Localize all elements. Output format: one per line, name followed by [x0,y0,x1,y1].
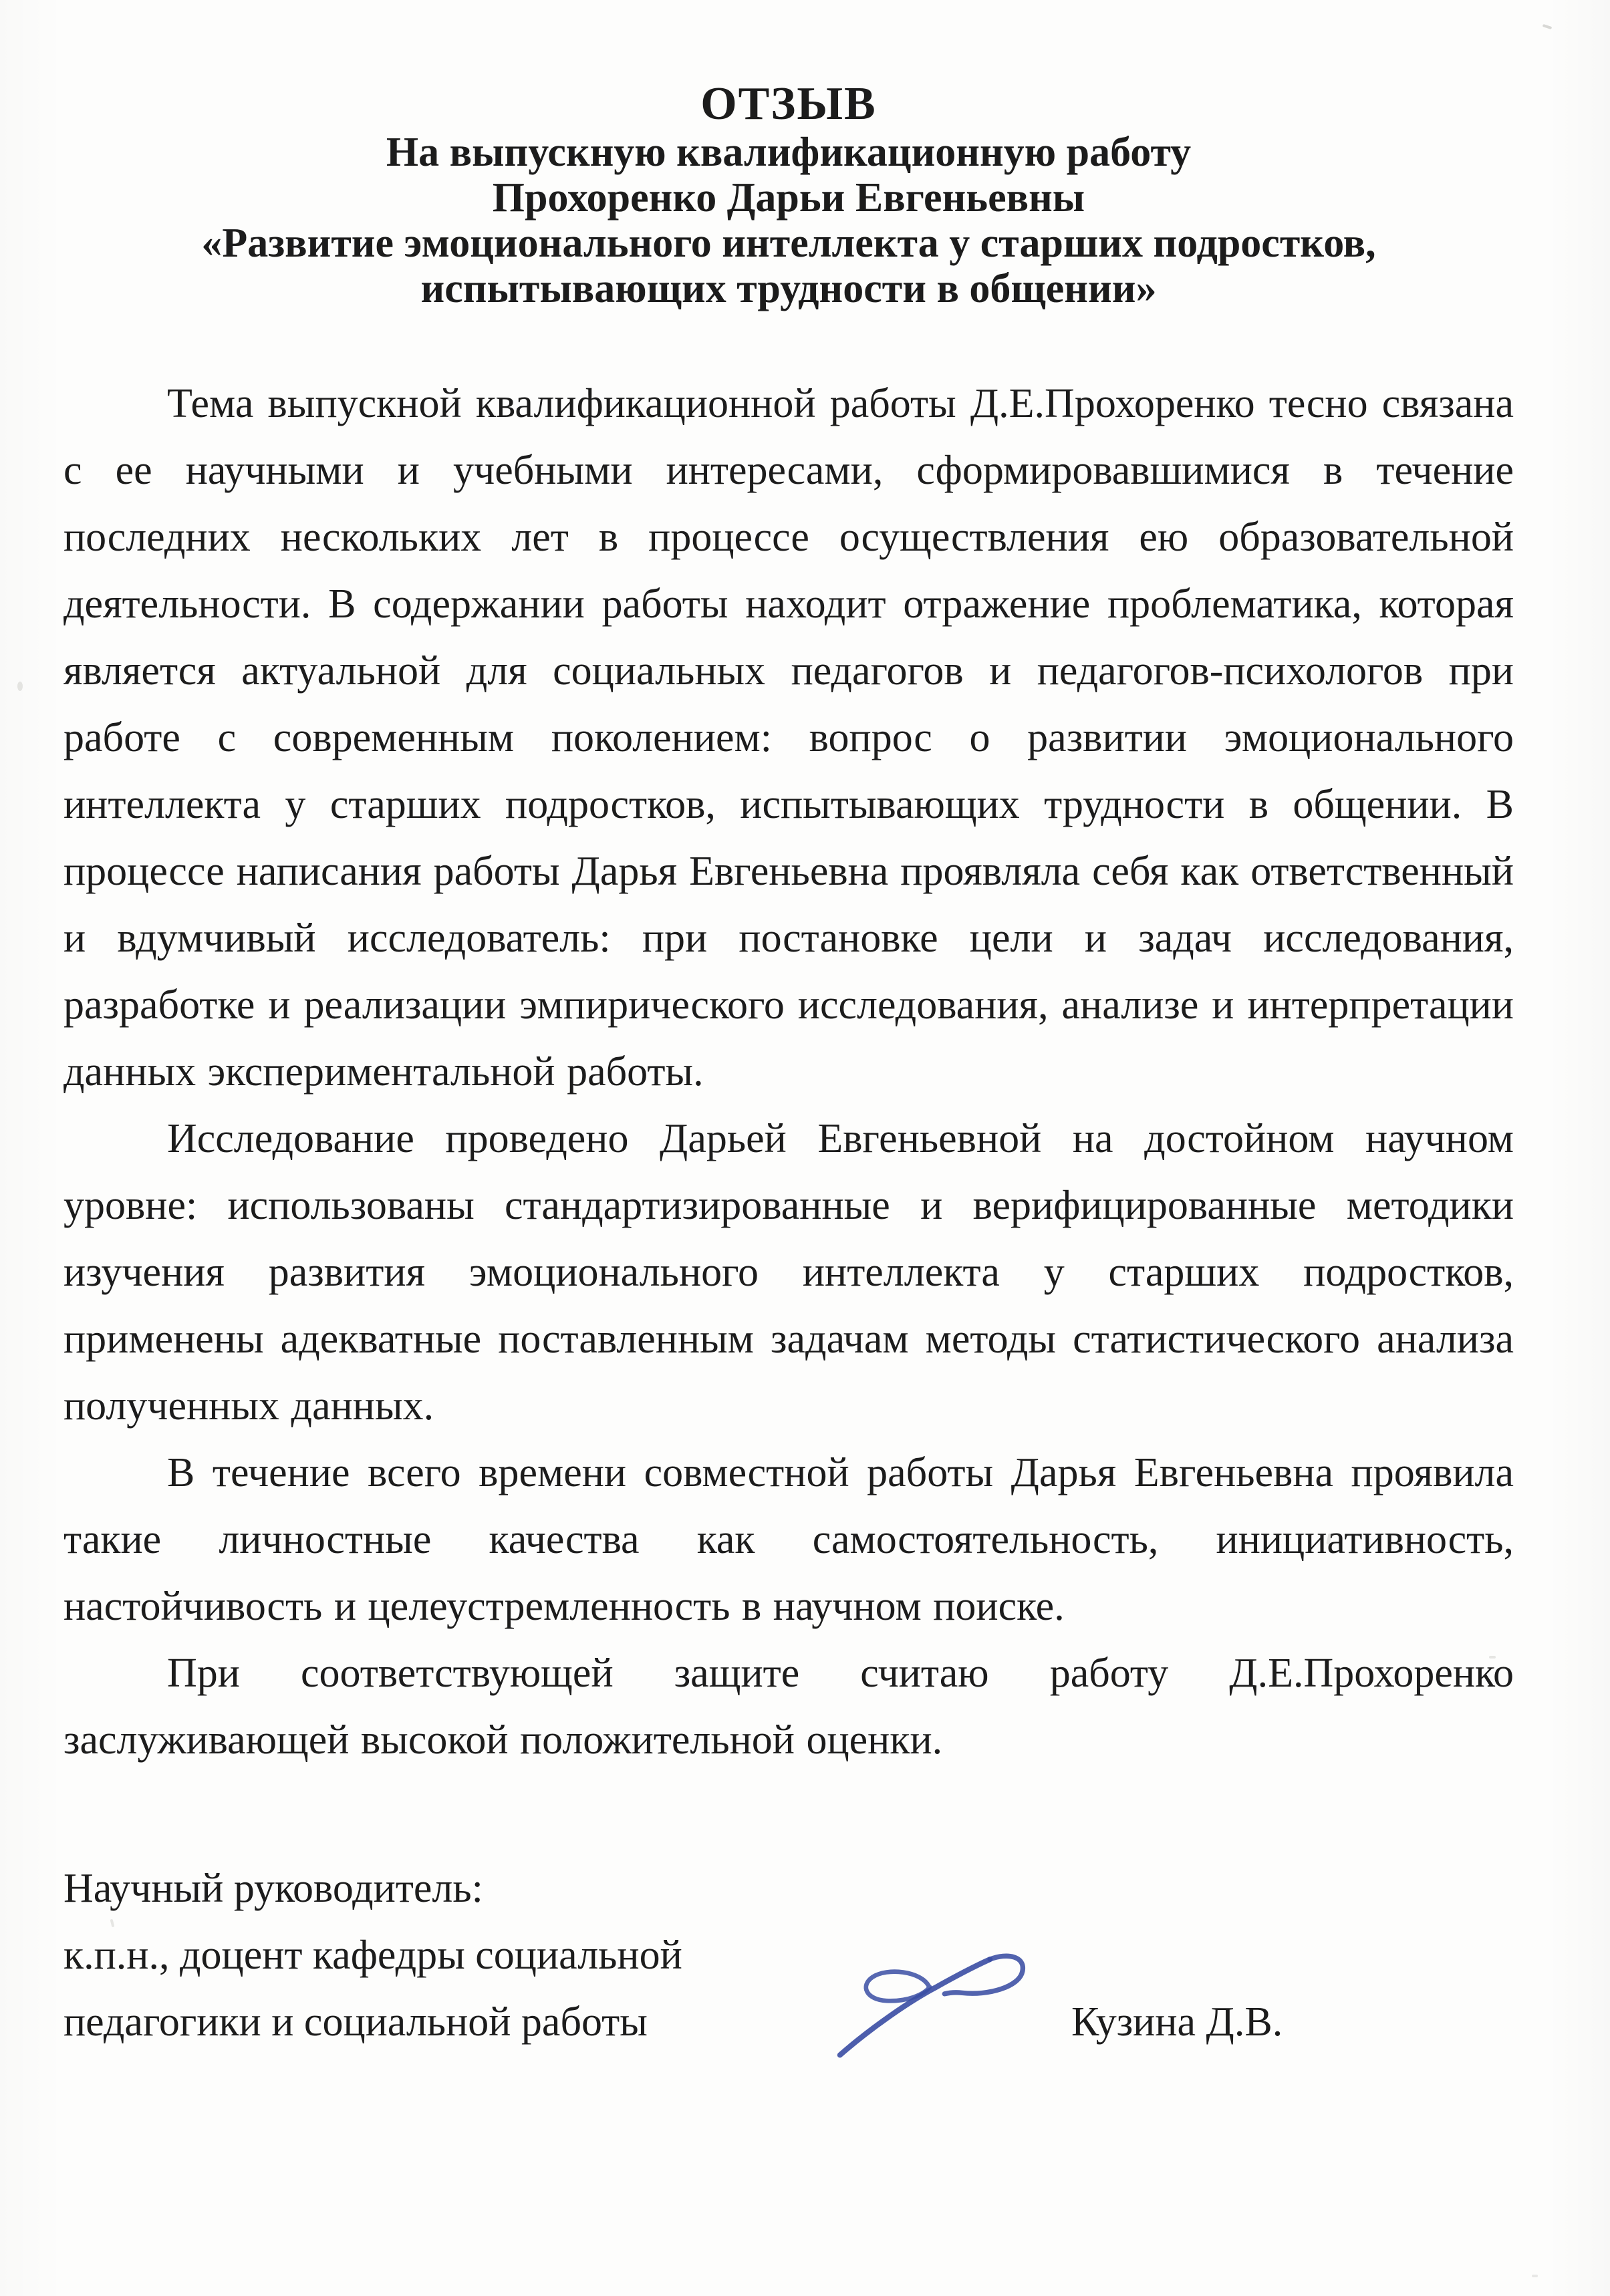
supervisor-degree-line: к.п.н., доцент кафедры социальной [63,1922,1514,1989]
document-title-block: ОТЗЫВ На выпускную квалификационную рабо… [63,79,1514,311]
document-subtitle-work-type: На выпускную квалификационную работу [63,130,1514,175]
signature-block: Научный руководитель: к.п.н., доцент каф… [63,1855,1514,2136]
paragraph-research-level: Исследование проведено Дарьей Евгеньевно… [63,1105,1514,1439]
scanned-document-page: ОТЗЫВ На выпускную квалификационную рабо… [0,0,1610,2296]
supervisor-name: Кузина Д.В. [1071,1989,1283,2055]
document-content: ОТЗЫВ На выпускную квалификационную рабо… [0,0,1610,2136]
document-body: Тема выпускной квалификационной работы Д… [63,370,1514,1773]
handwritten-signature-ink [832,1942,1039,2075]
paragraph-personal-qualities: В течение всего времени совместной работ… [63,1439,1514,1640]
signature-stroke-loop [866,1972,930,2001]
paragraph-thesis-topic: Тема выпускной квалификационной работы Д… [63,370,1514,1105]
scan-artifact [1532,2275,1538,2277]
document-title: ОТЗЫВ [63,79,1514,130]
supervisor-department-line: педагогики и социальной работы [63,1989,1514,2055]
document-subtitle-thesis-name: «Развитие эмоционального интеллекта у ст… [63,221,1514,311]
paragraph-conclusion: При соответствующей защите считаю работу… [63,1640,1514,1773]
document-subtitle-author: Прохоренко Дарьи Евгеньевны [63,175,1514,221]
supervisor-label: Научный руководитель: [63,1855,1514,1922]
